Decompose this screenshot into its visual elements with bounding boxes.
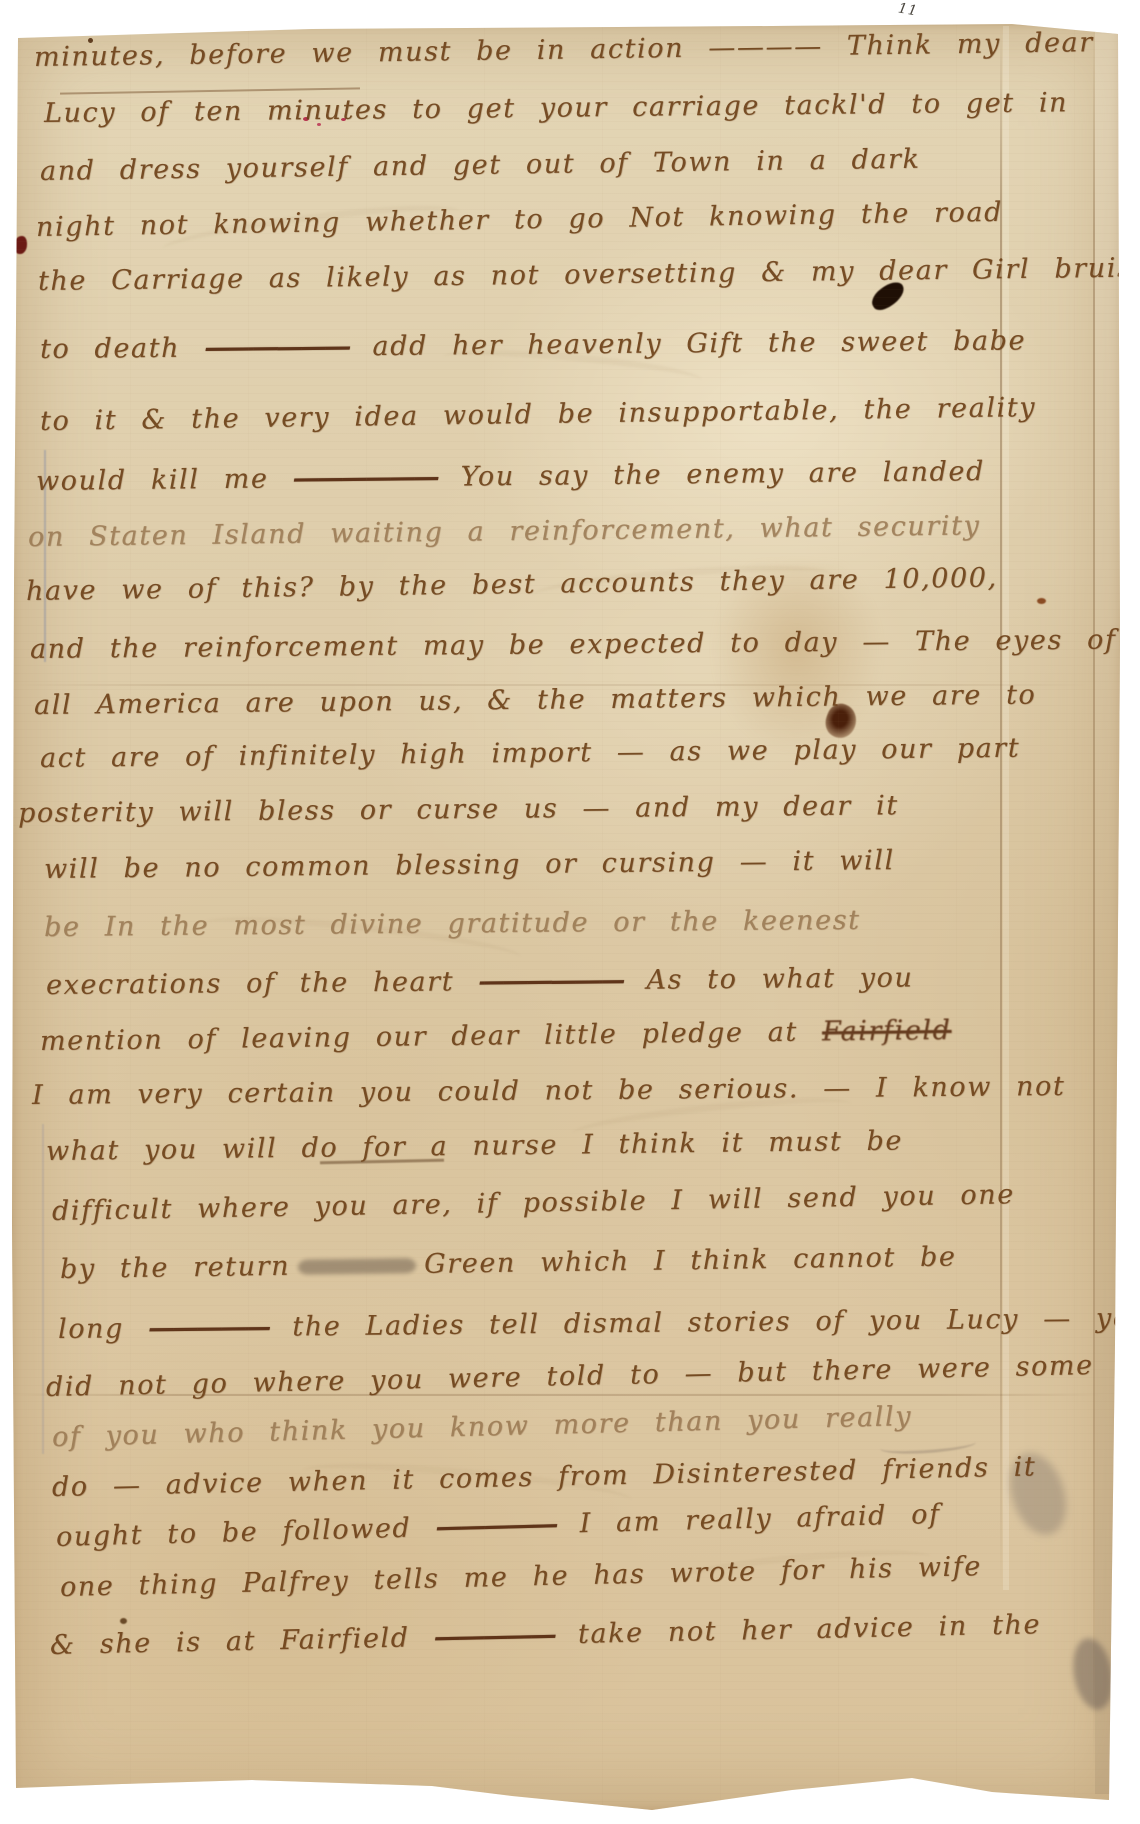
letter-line: Lucy of ten minutes to get your carriage… <box>44 89 1068 127</box>
line-text: execrations of the heart <box>46 966 479 1001</box>
letter-line: and the reinforcement may be expected to… <box>30 627 1117 663</box>
stray-pen-stroke <box>60 87 360 94</box>
brown-spot <box>1037 598 1046 604</box>
folded-edge-strip <box>1095 24 1120 1794</box>
letter-line: act are of infinitely high import — as w… <box>40 735 1021 772</box>
letter-line: to it & the very idea would be insupport… <box>40 394 1036 435</box>
heavy-dash-stroke: ————— <box>435 1509 556 1543</box>
heavy-dash-stroke: ————— <box>148 1312 268 1344</box>
line-text: would kill me <box>36 463 293 497</box>
smudged-out-word <box>298 1258 416 1275</box>
line-text: Green which I think cannot be <box>424 1241 957 1279</box>
line-text: You say the enemy are landed <box>436 456 985 493</box>
heavy-dash-stroke: —————— <box>204 331 348 363</box>
line-text: & she is at Fairfield <box>50 1622 434 1661</box>
letter-line: minutes, before we must be in action ———… <box>34 29 1094 71</box>
letter-line: what you will do for a nurse I think it … <box>46 1128 903 1165</box>
left-margin-blue-streak-2 <box>42 1124 44 1454</box>
letter-line: one thing Palfrey tells me he has wrote … <box>60 1553 983 1601</box>
red-edge-blot <box>14 236 27 254</box>
letter-line: to death —————— add her heavenly Gift th… <box>40 327 1026 363</box>
letter-line: on Staten Island waiting a reinforcement… <box>28 512 981 551</box>
letter-line: difficult where you are, if possible I w… <box>52 1181 1015 1225</box>
letter-line: ought to be followed ————— I am really a… <box>56 1501 941 1551</box>
letter-line: will be no common blessing or cursing — … <box>44 847 895 883</box>
letter-line: night not knowing whether to go Not know… <box>36 199 1003 241</box>
letter-line: mention of leaving our dear little pledg… <box>40 1017 952 1055</box>
letter-line: all America are upon us, & the matters w… <box>34 682 1037 719</box>
letter-line: & she is at Fairfield ————— take not her… <box>50 1611 1042 1659</box>
letter-line: of you who think you know more than you … <box>52 1403 913 1451</box>
line-text: As to what you <box>622 962 913 996</box>
letter-line: execrations of the heart —————— As to wh… <box>46 964 914 999</box>
letter-line: would kill me —————— You say the enemy a… <box>36 458 985 495</box>
letter-line: I am very certain you could not be serio… <box>32 1073 1066 1109</box>
line-text: long <box>58 1313 148 1345</box>
line-text: add her heavenly Gift the sweet babe <box>348 325 1026 362</box>
struck-out-word: Fairfield <box>822 1015 952 1048</box>
line-text: mention of leaving our dear little pledg… <box>40 1016 822 1057</box>
letter-line: be In the most divine gratitude or the k… <box>44 907 861 941</box>
letter-line: by the returnGreen which I think cannot … <box>60 1243 957 1283</box>
letter-line: long ————— the Ladies tell dismal storie… <box>58 1305 1140 1343</box>
bottom-speck <box>120 1618 127 1624</box>
line-text: the Ladies tell dismal stories of you Lu… <box>268 1303 1140 1343</box>
line-text: ought to be followed <box>56 1512 436 1553</box>
manuscript-photo: minutes, before we must be in action ———… <box>0 0 1140 1824</box>
heavy-dash-stroke: ————— <box>433 1619 554 1653</box>
line-text: to death <box>40 333 205 365</box>
line-text: by the return <box>60 1251 291 1285</box>
heavy-dash-stroke: —————— <box>292 462 436 495</box>
letter-line: and dress yourself and get out of Town i… <box>40 146 921 185</box>
line-text: take not her advice in the <box>553 1609 1041 1650</box>
heavy-dash-stroke: —————— <box>478 965 622 997</box>
letter-line: posterity will bless or curse us — and m… <box>18 792 899 827</box>
letter-line: the Carriage as likely as not oversettin… <box>38 254 1140 295</box>
corner-page-numeral: 11 <box>897 0 919 19</box>
letter-paper-sheet: minutes, before we must be in action ———… <box>12 24 1120 1810</box>
